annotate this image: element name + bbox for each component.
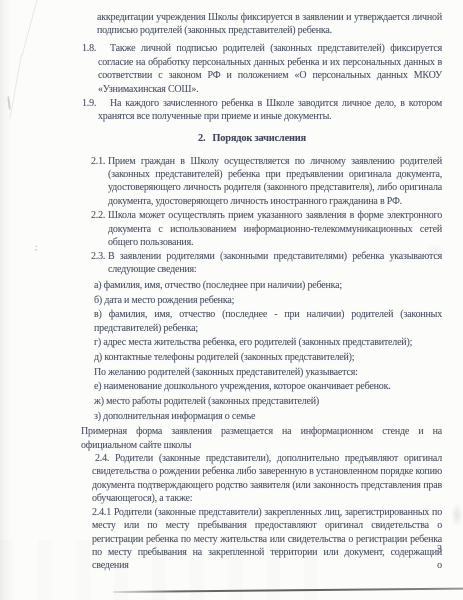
paragraph-1-8: 1.8. Также личной подписью родителей (за… [82,42,442,96]
paragraph-text: В заявлении родителями (законными предст… [108,250,442,277]
paragraph-continuation: аккредитации учреждения Школы фиксируетс… [97,11,442,38]
list-item-v: в) фамилия, имя, отчество (последнее - п… [94,308,442,335]
section-title: Порядок зачисления [212,132,306,145]
list-intro-optional: По желанию родителей (законных представи… [94,366,442,379]
paragraph-text: Также личной подписью родителей (законны… [98,42,442,96]
paragraph-number: 2.2. [91,209,108,249]
section-number: 2. [198,132,205,145]
paragraph-number: 1.9. [82,97,98,124]
paragraph-text: Прием граждан в Школу осуществляется по … [108,155,442,209]
section-heading: 2. Порядок зачисления [198,132,463,145]
list-item-e: е) наименование дошкольного учреждения, … [94,380,442,393]
page-number: 3 [437,543,442,556]
paragraph-2-4-1: 2.4.1 Родители (законные представители) … [92,506,442,573]
note-sample-form: Примерная форма заявления размещается на… [81,425,442,452]
paragraph-number: 1.8. [82,42,98,96]
document-body: аккредитации учреждения Школы фиксируетс… [0,0,463,573]
paragraph-text: На каждого зачисленного ребенка в Школе … [98,97,442,124]
list-item-zh: ж) место работы родителей (законных пред… [94,395,442,408]
list-item-b: б) дата и место рождения ребенка; [94,294,442,307]
list-item-g: г) адрес места жительства ребенка, его р… [94,336,442,349]
paragraph-number: 2.1. [91,155,108,209]
paragraph-2-1: 2.1. Прием граждан в Школу осуществляетс… [91,155,442,209]
paragraph-2-3: 2.3. В заявлении родителями (законными п… [91,250,442,277]
paragraph-2-2: 2.2. Школа может осуществлять прием указ… [91,209,442,249]
scanned-document-page: ; аккредитации учреждения Школы фиксируе… [0,0,463,600]
paragraph-text: Школа может осуществлять прием указанног… [108,209,442,249]
paragraph-2-4: 2.4. Родители (законные представители), … [92,452,442,506]
list-item-z: з) дополнительная информация о семье [94,410,442,423]
list-item-a: а) фамилия, имя, отчество (последнее при… [94,279,442,292]
list-item-d: д) контактные телефоны родителей (законн… [94,351,442,364]
lettered-list: а) фамилия, имя, отчество (последнее при… [0,279,463,423]
paragraph-1-9: 1.9. На каждого зачисленного ребенка в Ш… [82,97,442,124]
paragraph-number: 2.3. [91,250,108,277]
